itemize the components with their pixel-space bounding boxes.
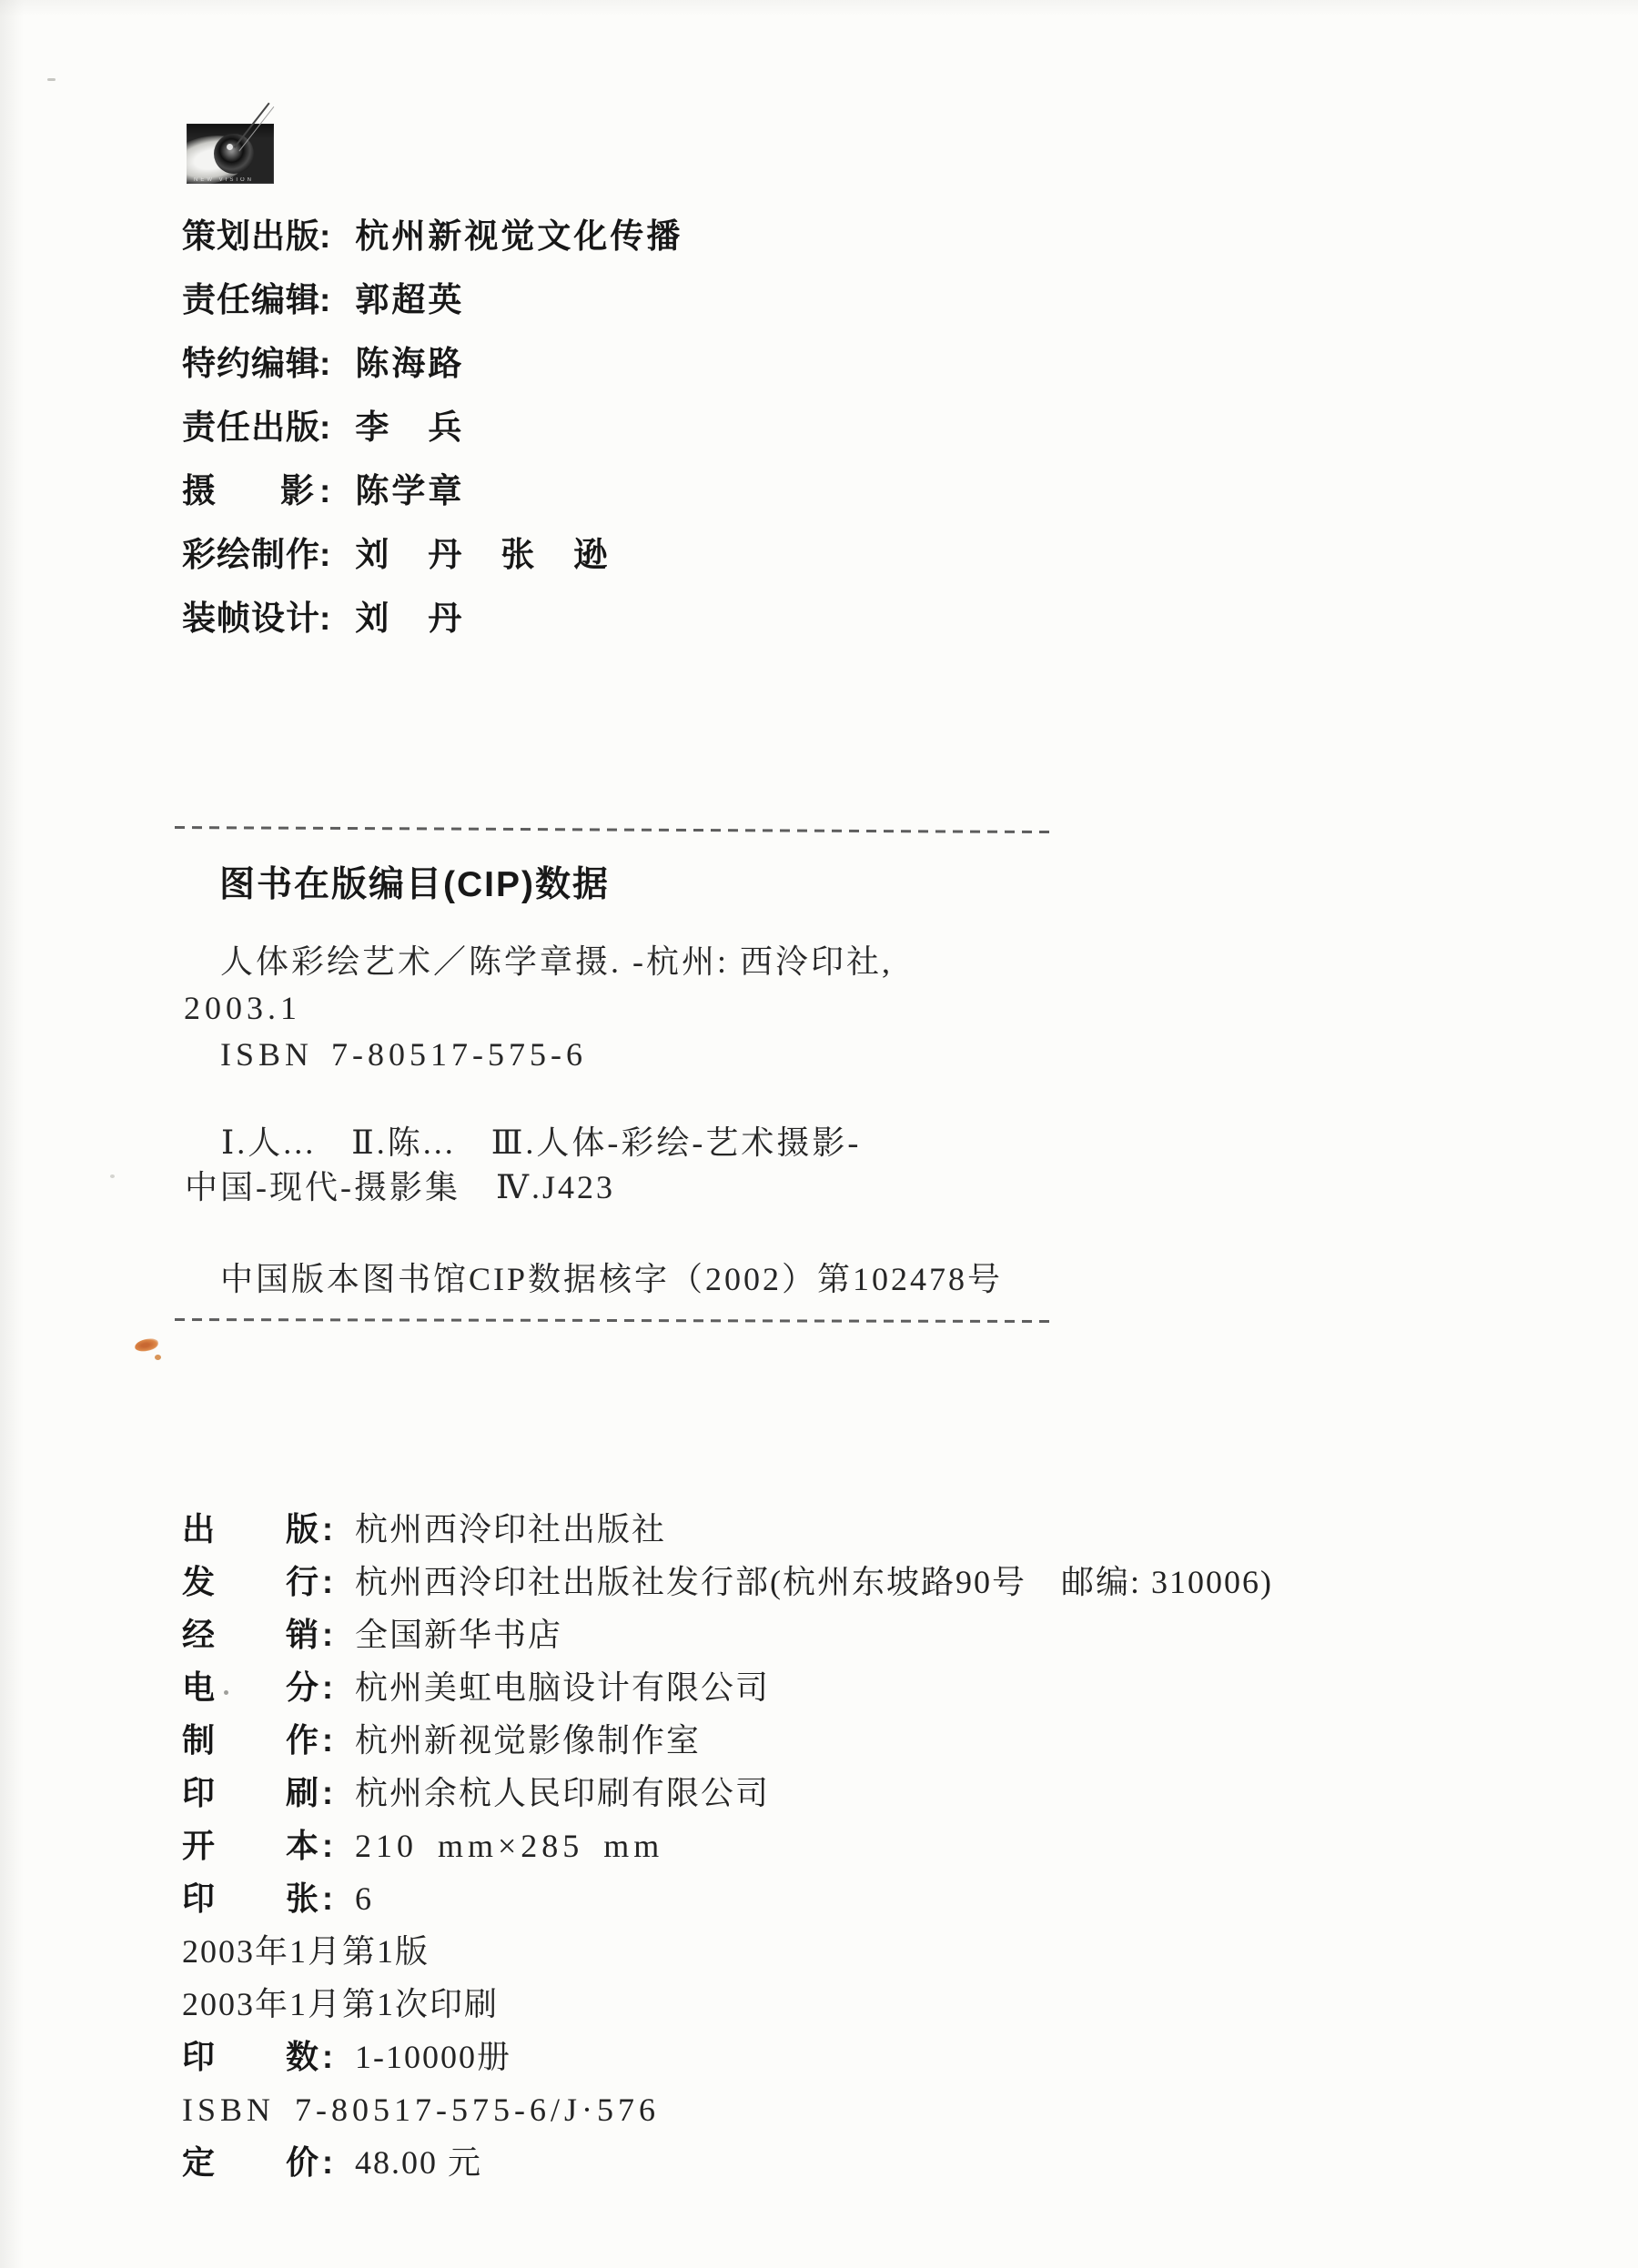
colon: : (322, 1819, 333, 1872)
cip-paragraph-1: 人体彩绘艺术／陈学章摄. -杭州: 西泠印社, 2003.1 ISBN 7-80… (184, 939, 893, 1078)
cip-bottom-divider (175, 1318, 1054, 1323)
cip-registration-note: 中国版本图书馆CIP数据核字（2002）第102478号 (220, 1254, 1003, 1300)
cip-publication-year: 2003.1 (184, 985, 893, 1032)
credit-label: 特约编辑 (182, 332, 315, 396)
credit-row-planning: 策划出版:杭州新视觉文化传播 (182, 205, 682, 268)
credit-label: 装帧设计 (182, 587, 315, 650)
pub-row-sheets: 印张:6 (182, 1872, 1273, 1925)
pub-row-format: 开本:210 mm×285 mm (182, 1819, 1273, 1872)
colon: : (319, 332, 331, 396)
pub-value: 2003年1月第1次印刷 (182, 1978, 499, 2031)
colon: : (322, 1714, 333, 1767)
scan-speck (110, 1174, 115, 1178)
pub-row-printing: 印刷:杭州余杭人民印刷有限公司 (182, 1767, 1273, 1819)
credit-row-guest-editor: 特约编辑:陈海路 (182, 332, 682, 396)
pub-value: 杭州美虹电脑设计有限公司 (355, 1661, 770, 1714)
cip-paragraph-2: Ⅰ.人... Ⅱ.陈... Ⅲ.人体-彩绘-艺术摄影- 中国-现代-摄影集 Ⅳ.… (185, 1121, 861, 1210)
credit-value: 刘 丹 张 逊 (355, 523, 610, 587)
credit-row-bodypainting: 彩绘制作:刘 丹 张 逊 (182, 523, 682, 587)
pub-label: 经销 (182, 1608, 318, 1661)
credits-block: 策划出版:杭州新视觉文化传播 责任编辑:郭超英 特约编辑:陈海路 责任出版:李 … (182, 205, 682, 650)
scan-top-shading (0, 0, 1638, 16)
pub-value: 48.00 元 (355, 2136, 482, 2189)
pub-row-impression: 2003年1月第1次印刷 (182, 1978, 1273, 2031)
pub-label: 发行 (182, 1556, 318, 1608)
pub-row-isbn: ISBN 7-80517-575-6/J·576 (182, 2083, 1273, 2136)
credit-value: 陈海路 (355, 332, 464, 396)
pub-label: 电分 (182, 1661, 318, 1714)
credit-label: 彩绘制作 (182, 523, 315, 587)
pub-value: 2003年1月第1版 (182, 1925, 430, 1978)
credit-value: 郭超英 (355, 268, 464, 332)
pub-value: 全国新华书店 (355, 1608, 562, 1661)
pub-row-production: 制作:杭州新视觉影像制作室 (182, 1714, 1273, 1767)
credit-label: 摄影 (182, 459, 315, 523)
pub-label: 制作 (182, 1714, 318, 1767)
pub-label: 定价 (182, 2136, 318, 2189)
pub-row-price: 定价:48.00 元 (182, 2136, 1273, 2189)
colon: : (322, 1608, 333, 1661)
colon: : (319, 523, 331, 587)
scan-edge-shading (0, 0, 24, 2268)
colon: : (319, 205, 331, 268)
pub-row-edition: 2003年1月第1版 (182, 1925, 1273, 1978)
pub-value: 杭州余杭人民印刷有限公司 (355, 1767, 770, 1819)
colon: : (319, 268, 331, 332)
credit-row-publishing: 责任出版:李 兵 (182, 396, 682, 459)
stain-mark (134, 1337, 159, 1352)
colon: : (322, 2136, 333, 2189)
credit-value: 陈学章 (355, 459, 464, 523)
scan-speck (47, 78, 56, 81)
credit-label: 策划出版 (182, 205, 315, 268)
eye-highlight (227, 144, 233, 150)
pub-value: 杭州新视觉影像制作室 (355, 1714, 701, 1767)
credit-row-photography: 摄影:陈学章 (182, 459, 682, 523)
publication-block: 出版:杭州西泠印社出版社 发行:杭州西泠印社出版社发行部(杭州东坡路90号 邮编… (182, 1503, 1273, 2189)
pub-row-print-run: 印数:1-10000册 (182, 2031, 1273, 2083)
pub-value: 杭州西泠印社出版社 (355, 1503, 666, 1556)
pub-value: 1-10000册 (355, 2031, 511, 2083)
cip-title-statement: 人体彩绘艺术／陈学章摄. -杭州: 西泠印社, (184, 939, 893, 985)
pub-row-color-separation: 电分:杭州美虹电脑设计有限公司 (182, 1661, 1273, 1714)
cip-classification-line-2: 中国-现代-摄影集 Ⅳ.J423 (185, 1165, 861, 1210)
pub-row-retail: 经销:全国新华书店 (182, 1608, 1273, 1661)
credit-value: 刘 丹 (355, 587, 464, 650)
colon: : (322, 2031, 333, 2083)
pub-row-distribution: 发行:杭州西泠印社出版社发行部(杭州东坡路90号 邮编: 310006) (182, 1556, 1273, 1608)
pub-label: 印刷 (182, 1767, 318, 1819)
cip-classification-line-1: Ⅰ.人... Ⅱ.陈... Ⅲ.人体-彩绘-艺术摄影- (185, 1121, 861, 1165)
pub-label: 出版 (182, 1503, 318, 1556)
credit-value: 杭州新视觉文化传播 (355, 205, 682, 268)
colon: : (322, 1872, 333, 1925)
eye-logo: NEW VISION (187, 124, 274, 184)
cip-isbn: ISBN 7-80517-575-6 (184, 1032, 893, 1078)
credit-label: 责任出版 (182, 396, 315, 459)
colon: : (319, 396, 331, 459)
logo-caption: NEW VISION (194, 177, 254, 183)
eye-brow-shadow (187, 124, 274, 138)
pub-label: 开本 (182, 1819, 318, 1872)
colon: : (322, 1661, 333, 1714)
pub-label: 印数 (182, 2031, 318, 2083)
credit-value: 李 兵 (355, 396, 464, 459)
pub-row-publisher: 出版:杭州西泠印社出版社 (182, 1503, 1273, 1556)
colon: : (322, 1556, 333, 1608)
pub-value: 6 (355, 1872, 373, 1925)
pub-label: 印张 (182, 1872, 318, 1925)
pub-value: ISBN 7-80517-575-6/J·576 (182, 2083, 660, 2136)
colon: : (319, 587, 331, 650)
colon: : (322, 1503, 333, 1556)
stain-dot (155, 1355, 161, 1360)
cip-title: 图书在版编目(CIP)数据 (219, 856, 610, 907)
pub-value: 杭州西泠印社出版社发行部(杭州东坡路90号 邮编: 310006) (355, 1556, 1273, 1608)
credit-row-editor: 责任编辑:郭超英 (182, 268, 682, 332)
credit-row-design: 装帧设计:刘 丹 (182, 587, 682, 650)
cip-top-divider (175, 826, 1050, 833)
credit-label: 责任编辑 (182, 268, 315, 332)
colophon-page: NEW VISION 策划出版:杭州新视觉文化传播 责任编辑:郭超英 特约编辑:… (0, 0, 1638, 2268)
colon: : (322, 1767, 333, 1819)
colon: : (319, 459, 331, 523)
pub-value: 210 mm×285 mm (355, 1819, 663, 1872)
